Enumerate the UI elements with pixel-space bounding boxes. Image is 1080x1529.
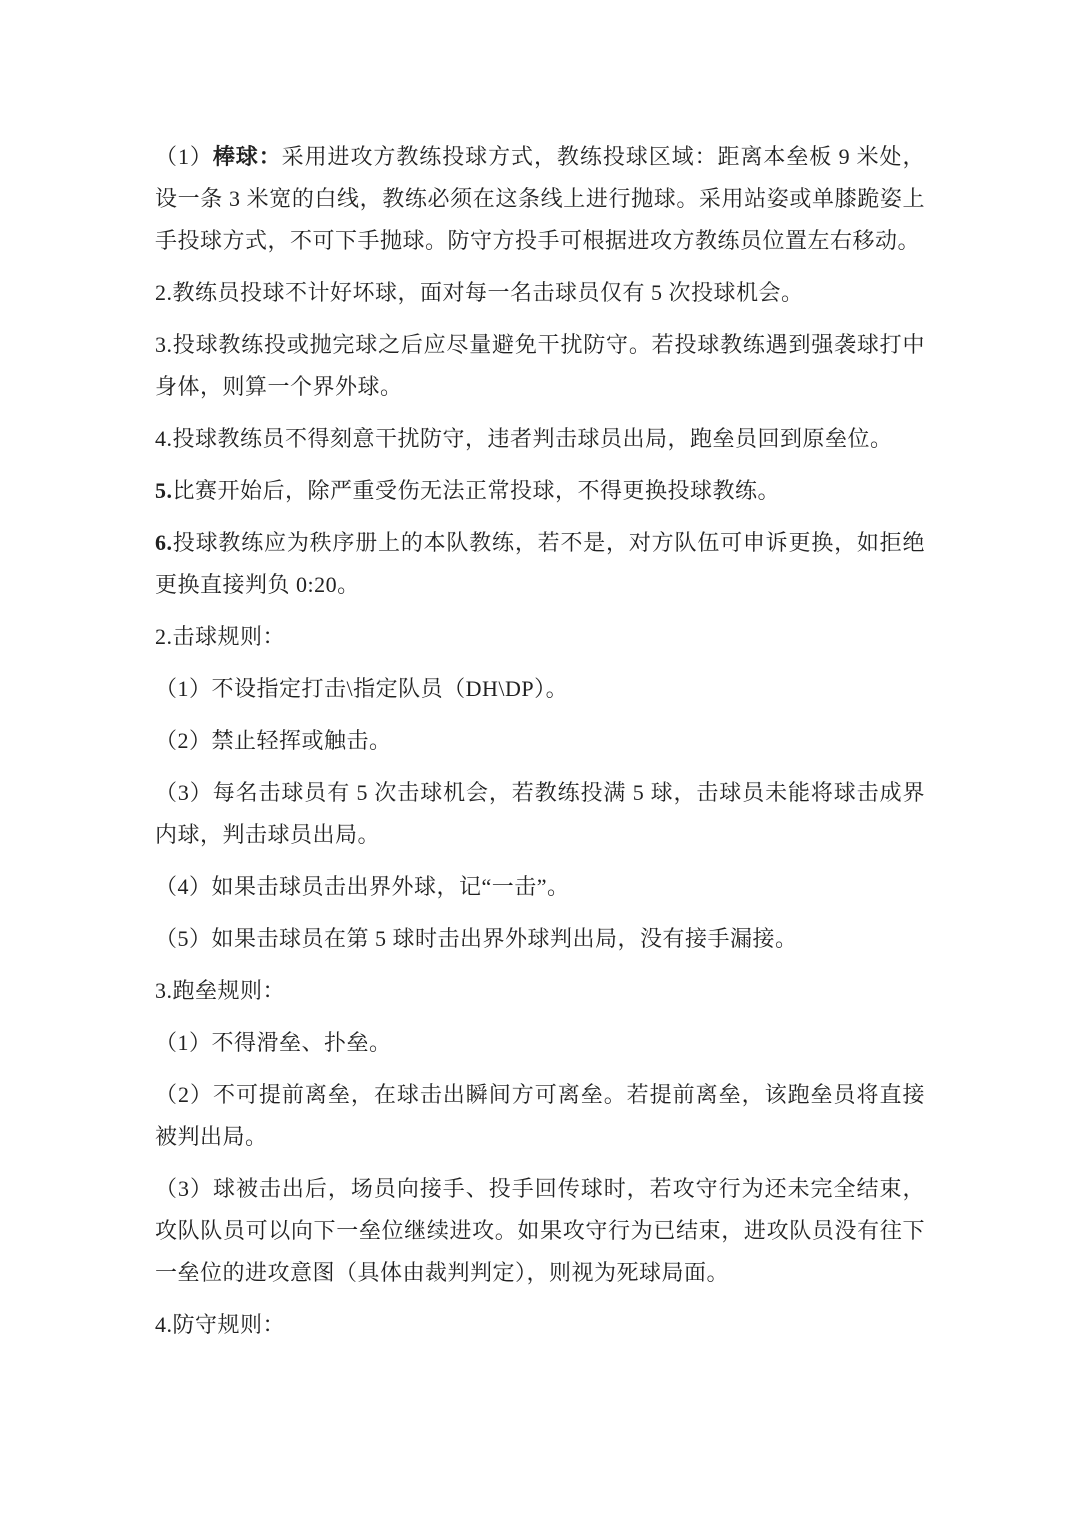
text-run: （5）如果击球员在第 5 球时击出界外球判出局，没有接手漏接。 [155, 926, 798, 951]
paragraph: （1）棒球：采用进攻方教练投球方式，教练投球区域：距离本垒板 9 米处，设一条 … [155, 136, 925, 262]
bold-text: 5. [155, 478, 173, 503]
text-run: （2）禁止轻挥或触击。 [155, 728, 392, 753]
text-run: （3）每名击球员有 5 次击球机会，若教练投满 5 球，击球员未能将球击成界内球… [155, 780, 925, 847]
text-run: 4.投球教练员不得刻意干扰防守，违者判击球员出局，跑垒员回到原垒位。 [155, 426, 893, 451]
text-run: （3）球被击出后，场员向接手、投手回传球时，若攻守行为还未完全结束，攻队队员可以… [155, 1176, 925, 1285]
text-run: 2.击球规则： [155, 624, 285, 649]
text-run: 投球教练应为秩序册上的本队教练，若不是，对方队伍可申诉更换，如拒绝更换直接判负 … [155, 530, 925, 597]
paragraph: （3）球被击出后，场员向接手、投手回传球时，若攻守行为还未完全结束，攻队队员可以… [155, 1168, 925, 1294]
paragraph: （1）不设指定打击\指定队员（DH\DP）。 [155, 668, 925, 710]
text-run: （1） [155, 144, 213, 169]
document-page: （1）棒球：采用进攻方教练投球方式，教练投球区域：距离本垒板 9 米处，设一条 … [0, 0, 1080, 1529]
paragraph: 4.投球教练员不得刻意干扰防守，违者判击球员出局，跑垒员回到原垒位。 [155, 418, 925, 460]
paragraph: 3.投球教练投或抛完球之后应尽量避免干扰防守。若投球教练遇到强袭球打中身体，则算… [155, 324, 925, 408]
text-run: 3.投球教练投或抛完球之后应尽量避免干扰防守。若投球教练遇到强袭球打中身体，则算… [155, 332, 925, 399]
paragraph: 2.教练员投球不计好坏球，面对每一名击球员仅有 5 次投球机会。 [155, 272, 925, 314]
text-run: 3.跑垒规则： [155, 978, 285, 1003]
text-run: （1）不得滑垒、扑垒。 [155, 1030, 392, 1055]
paragraph: 6.投球教练应为秩序册上的本队教练，若不是，对方队伍可申诉更换，如拒绝更换直接判… [155, 522, 925, 606]
paragraph: 4.防守规则： [155, 1304, 925, 1346]
paragraph: （5）如果击球员在第 5 球时击出界外球判出局，没有接手漏接。 [155, 918, 925, 960]
bold-text: 6. [155, 530, 173, 555]
document-body: （1）棒球：采用进攻方教练投球方式，教练投球区域：距离本垒板 9 米处，设一条 … [155, 136, 925, 1346]
text-run: 2.教练员投球不计好坏球，面对每一名击球员仅有 5 次投球机会。 [155, 280, 804, 305]
text-run: 4.防守规则： [155, 1312, 285, 1337]
text-run: （1）不设指定打击\指定队员（DH\DP）。 [155, 676, 568, 701]
paragraph: （3）每名击球员有 5 次击球机会，若教练投满 5 球，击球员未能将球击成界内球… [155, 772, 925, 856]
text-run: （2）不可提前离垒，在球击出瞬间方可离垒。若提前离垒，该跑垒员将直接被判出局。 [155, 1082, 925, 1149]
text-run: （4）如果击球员击出界外球，记“一击”。 [155, 874, 570, 899]
paragraph: （1）不得滑垒、扑垒。 [155, 1022, 925, 1064]
paragraph: （4）如果击球员击出界外球，记“一击”。 [155, 866, 925, 908]
text-run: 比赛开始后，除严重受伤无法正常投球，不得更换投球教练。 [173, 478, 781, 503]
bold-text: 棒球： [213, 144, 282, 169]
paragraph: 3.跑垒规则： [155, 970, 925, 1012]
paragraph: 2.击球规则： [155, 616, 925, 658]
paragraph: （2）禁止轻挥或触击。 [155, 720, 925, 762]
paragraph: （2）不可提前离垒，在球击出瞬间方可离垒。若提前离垒，该跑垒员将直接被判出局。 [155, 1074, 925, 1158]
paragraph: 5.比赛开始后，除严重受伤无法正常投球，不得更换投球教练。 [155, 470, 925, 512]
